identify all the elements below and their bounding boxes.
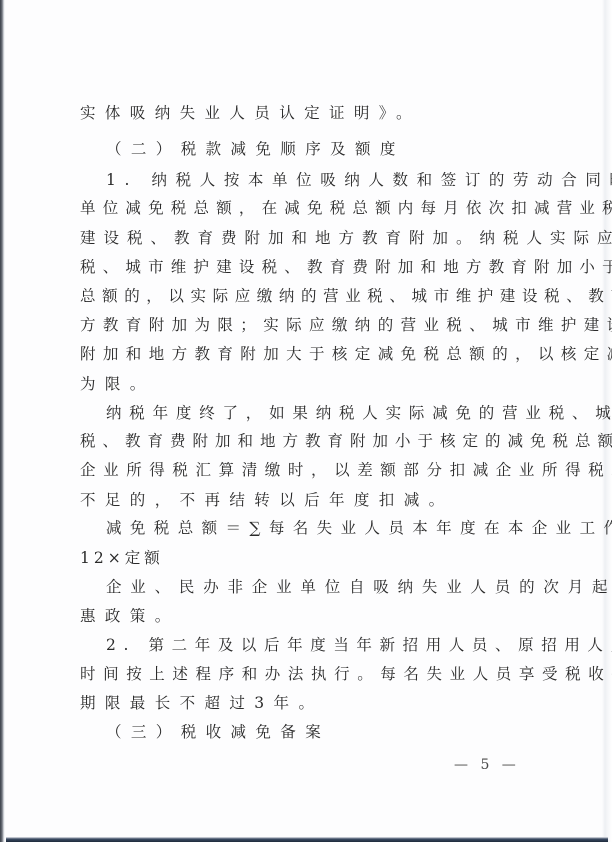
page-number: — 5 — bbox=[454, 756, 520, 774]
text-line: 企业所得税汇算清缴时，以差额部分扣减企业所得税。当年扣减 bbox=[80, 460, 530, 480]
formula-line: 减免税总额＝∑每名失业人员本年度在本企业工作月份÷ bbox=[106, 518, 556, 538]
text-line: 期限最长不超过3年。 bbox=[80, 693, 530, 713]
text-line: 为限。 bbox=[80, 374, 530, 394]
text-line: 建设税、教育费附加和地方教育附加。纳税人实际应缴纳的营业 bbox=[80, 228, 530, 248]
section-heading-tax-reduction-order: （二）税款减免顺序及额度 bbox=[106, 139, 556, 159]
text-line: 惠政策。 bbox=[80, 606, 530, 626]
text-line: 方教育附加为限；实际应缴纳的营业税、城市维护建设税、教育费 bbox=[80, 315, 530, 335]
text-line: 企业、民办非企业单位自吸纳失业人员的次月起享受税收优 bbox=[106, 577, 556, 597]
text-line: 2. 第二年及以后年度当年新招用人员、原招用人员及其工作 bbox=[106, 635, 556, 655]
text-line: 附加和地方教育附加大于核定减免税总额的，以核定减免税总额 bbox=[80, 344, 530, 364]
text-line: 单位减免税总额，在减免税总额内每月依次扣减营业税、城市维护 bbox=[80, 198, 530, 218]
text-line: 税、教育费附加和地方教育附加小于核定的减免税总额，纳税人在 bbox=[80, 431, 530, 451]
text-line: 时间按上述程序和办法执行。每名失业人员享受税收优惠政策的 bbox=[80, 664, 530, 684]
text-line: 总额的，以实际应缴纳的营业税、城市维护建设税、教育费附加、地 bbox=[80, 286, 530, 306]
document-page: 实体吸纳失业人员认定证明》。 （二）税款减免顺序及额度 1. 纳税人按本单位吸纳… bbox=[0, 0, 612, 842]
text-line: 实体吸纳失业人员认定证明》。 bbox=[80, 103, 530, 123]
text-line: 税、城市维护建设税、教育费附加和地方教育附加小于核定减免税 bbox=[80, 257, 530, 277]
formula-line: 12×定额 bbox=[80, 548, 530, 568]
section-heading-tax-filing: （三）税收减免备案 bbox=[106, 722, 556, 742]
text-line: 纳税年度终了，如果纳税人实际减免的营业税、城市维护建设 bbox=[106, 403, 556, 423]
text-line: 不足的，不再结转以后年度扣减。 bbox=[80, 490, 530, 510]
text-line: 1. 纳税人按本单位吸纳人数和签订的劳动合同时间核定本 bbox=[106, 170, 556, 190]
